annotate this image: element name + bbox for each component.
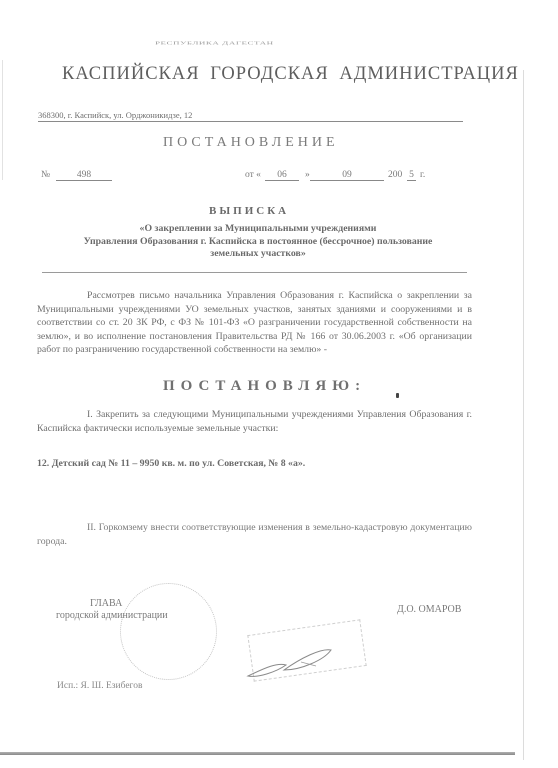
scan-speck xyxy=(396,393,399,398)
organization-address: 368300, г. Каспийск, ул. Орджоникидзе, 1… xyxy=(38,110,192,120)
signatory-title: ГЛАВА xyxy=(90,598,122,609)
document-number: 498 xyxy=(56,170,112,181)
number-label: № xyxy=(41,170,50,180)
preamble-paragraph: Рассмотрев письмо начальника Управления … xyxy=(37,289,472,357)
scan-right-edge xyxy=(523,70,524,760)
document-type: ПОСТАНОВЛЕНИЕ xyxy=(163,135,339,151)
signatory-name: Д.О. ОМАРОВ xyxy=(397,604,461,615)
organization-title: КАСПИЙСКАЯ ГОРОДСКАЯ АДМИНИСТРАЦИЯ xyxy=(62,64,519,85)
date-year-suffix: 5 xyxy=(407,170,416,181)
address-divider xyxy=(38,121,463,122)
date-year-prefix: 200 xyxy=(388,170,402,180)
scan-bottom-edge xyxy=(0,752,515,755)
faded-header-fragment: РЕСПУБЛИКА ДАГЕСТАН xyxy=(155,41,274,46)
round-stamp xyxy=(120,583,217,680)
subject-divider xyxy=(42,272,467,273)
executor-note: Исп.: Я. Ш. Езибегов xyxy=(57,681,142,691)
date-year-unit: г. xyxy=(420,170,425,180)
subject-line: «О закреплении за Муниципальными учрежде… xyxy=(48,223,468,236)
subject-line: земельных участков» xyxy=(48,248,468,261)
scan-left-edge xyxy=(2,60,3,180)
subject-line: Управления Образования г. Каспийска в по… xyxy=(48,236,468,249)
date-prefix: от « xyxy=(245,170,261,180)
decree-item-2: II. Горкомзему внести соответствующие из… xyxy=(37,521,472,548)
subject-block: «О закреплении за Муниципальными учрежде… xyxy=(48,223,468,261)
decree-item-12: 12. Детский сад № 11 – 9950 кв. м. по ул… xyxy=(37,458,305,469)
signatory-subtitle: городской администрации xyxy=(56,610,168,621)
extract-title: ВЫПИСКА xyxy=(209,205,289,217)
date-day: 06 xyxy=(265,170,299,181)
date-month: 09 xyxy=(310,170,384,181)
decree-item-1: I. Закрепить за следующими Муниципальным… xyxy=(37,408,472,435)
signature-icon xyxy=(246,640,346,680)
decree-heading: ПОСТАНОВЛЯЮ: xyxy=(163,378,366,395)
